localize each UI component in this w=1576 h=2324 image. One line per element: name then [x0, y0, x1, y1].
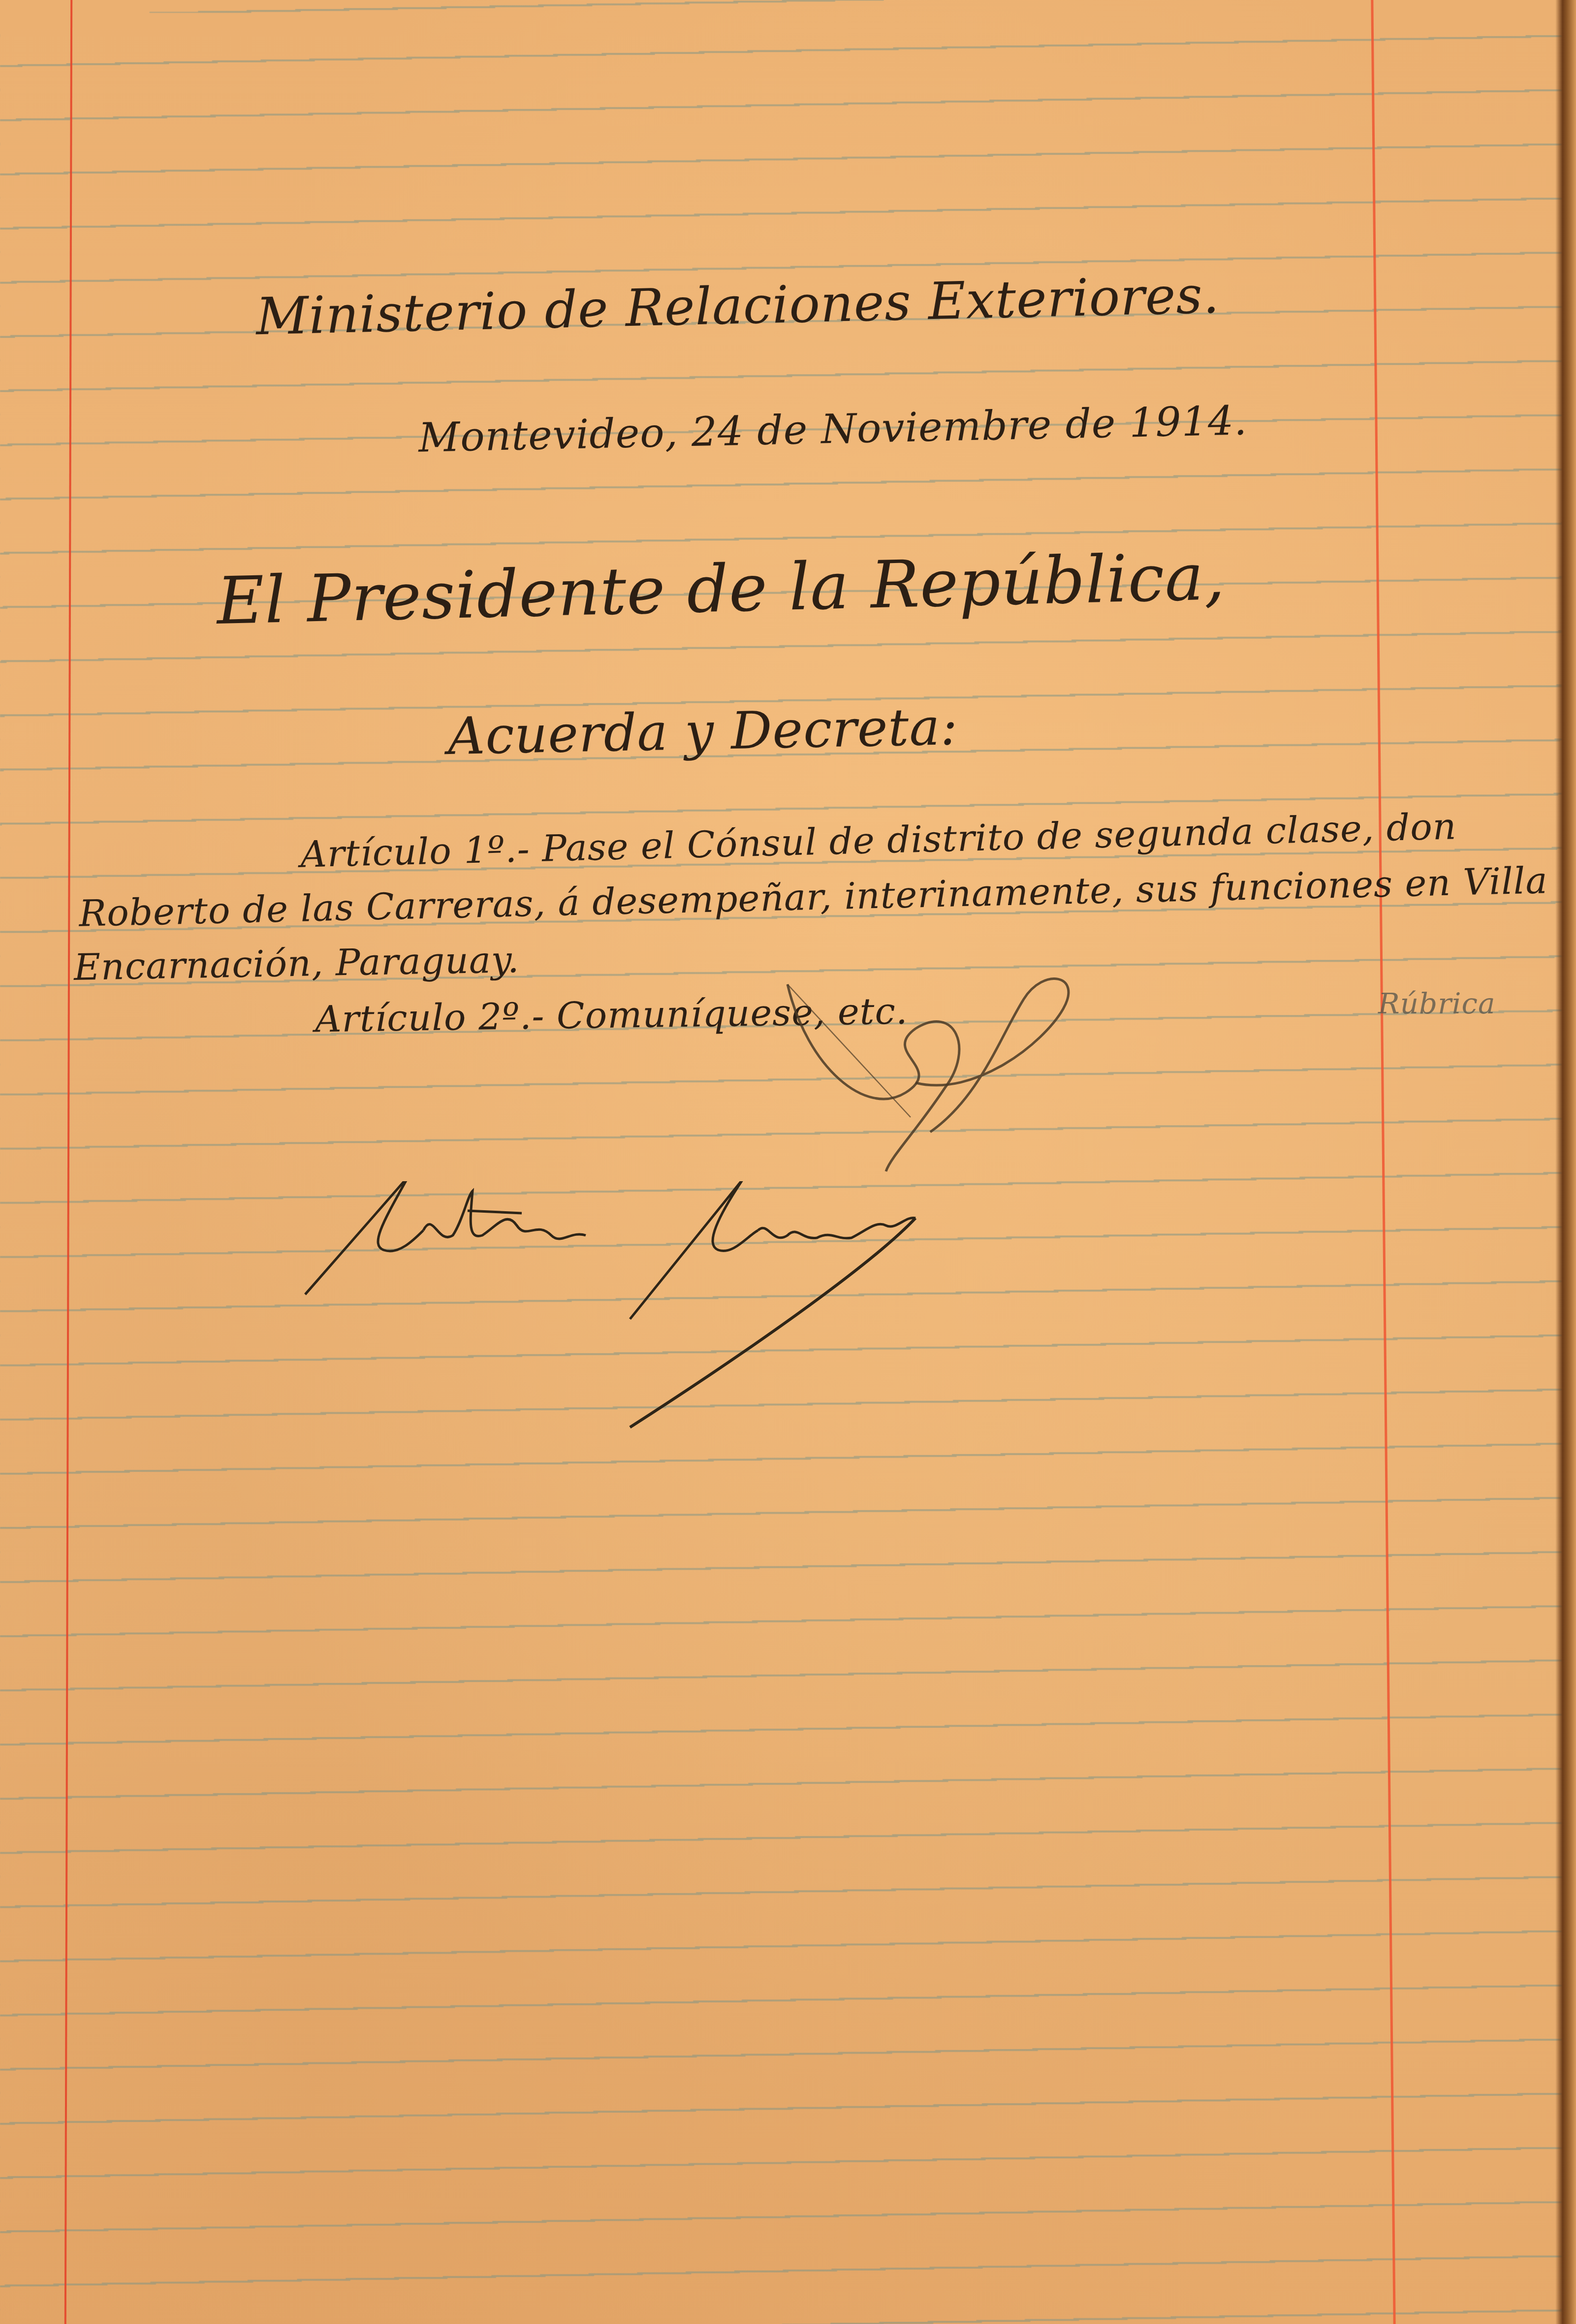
page-edge-shadow	[1555, 0, 1576, 2324]
signature	[276, 1181, 1162, 1437]
margin-pencil-note: Rúbrica	[1378, 987, 1496, 1020]
rubric-flourish-icon	[768, 970, 1162, 1176]
article-1-line-3: Encarnación, Paraguay.	[73, 939, 520, 989]
decree-formula: Acuerda y Decreta:	[447, 696, 958, 766]
